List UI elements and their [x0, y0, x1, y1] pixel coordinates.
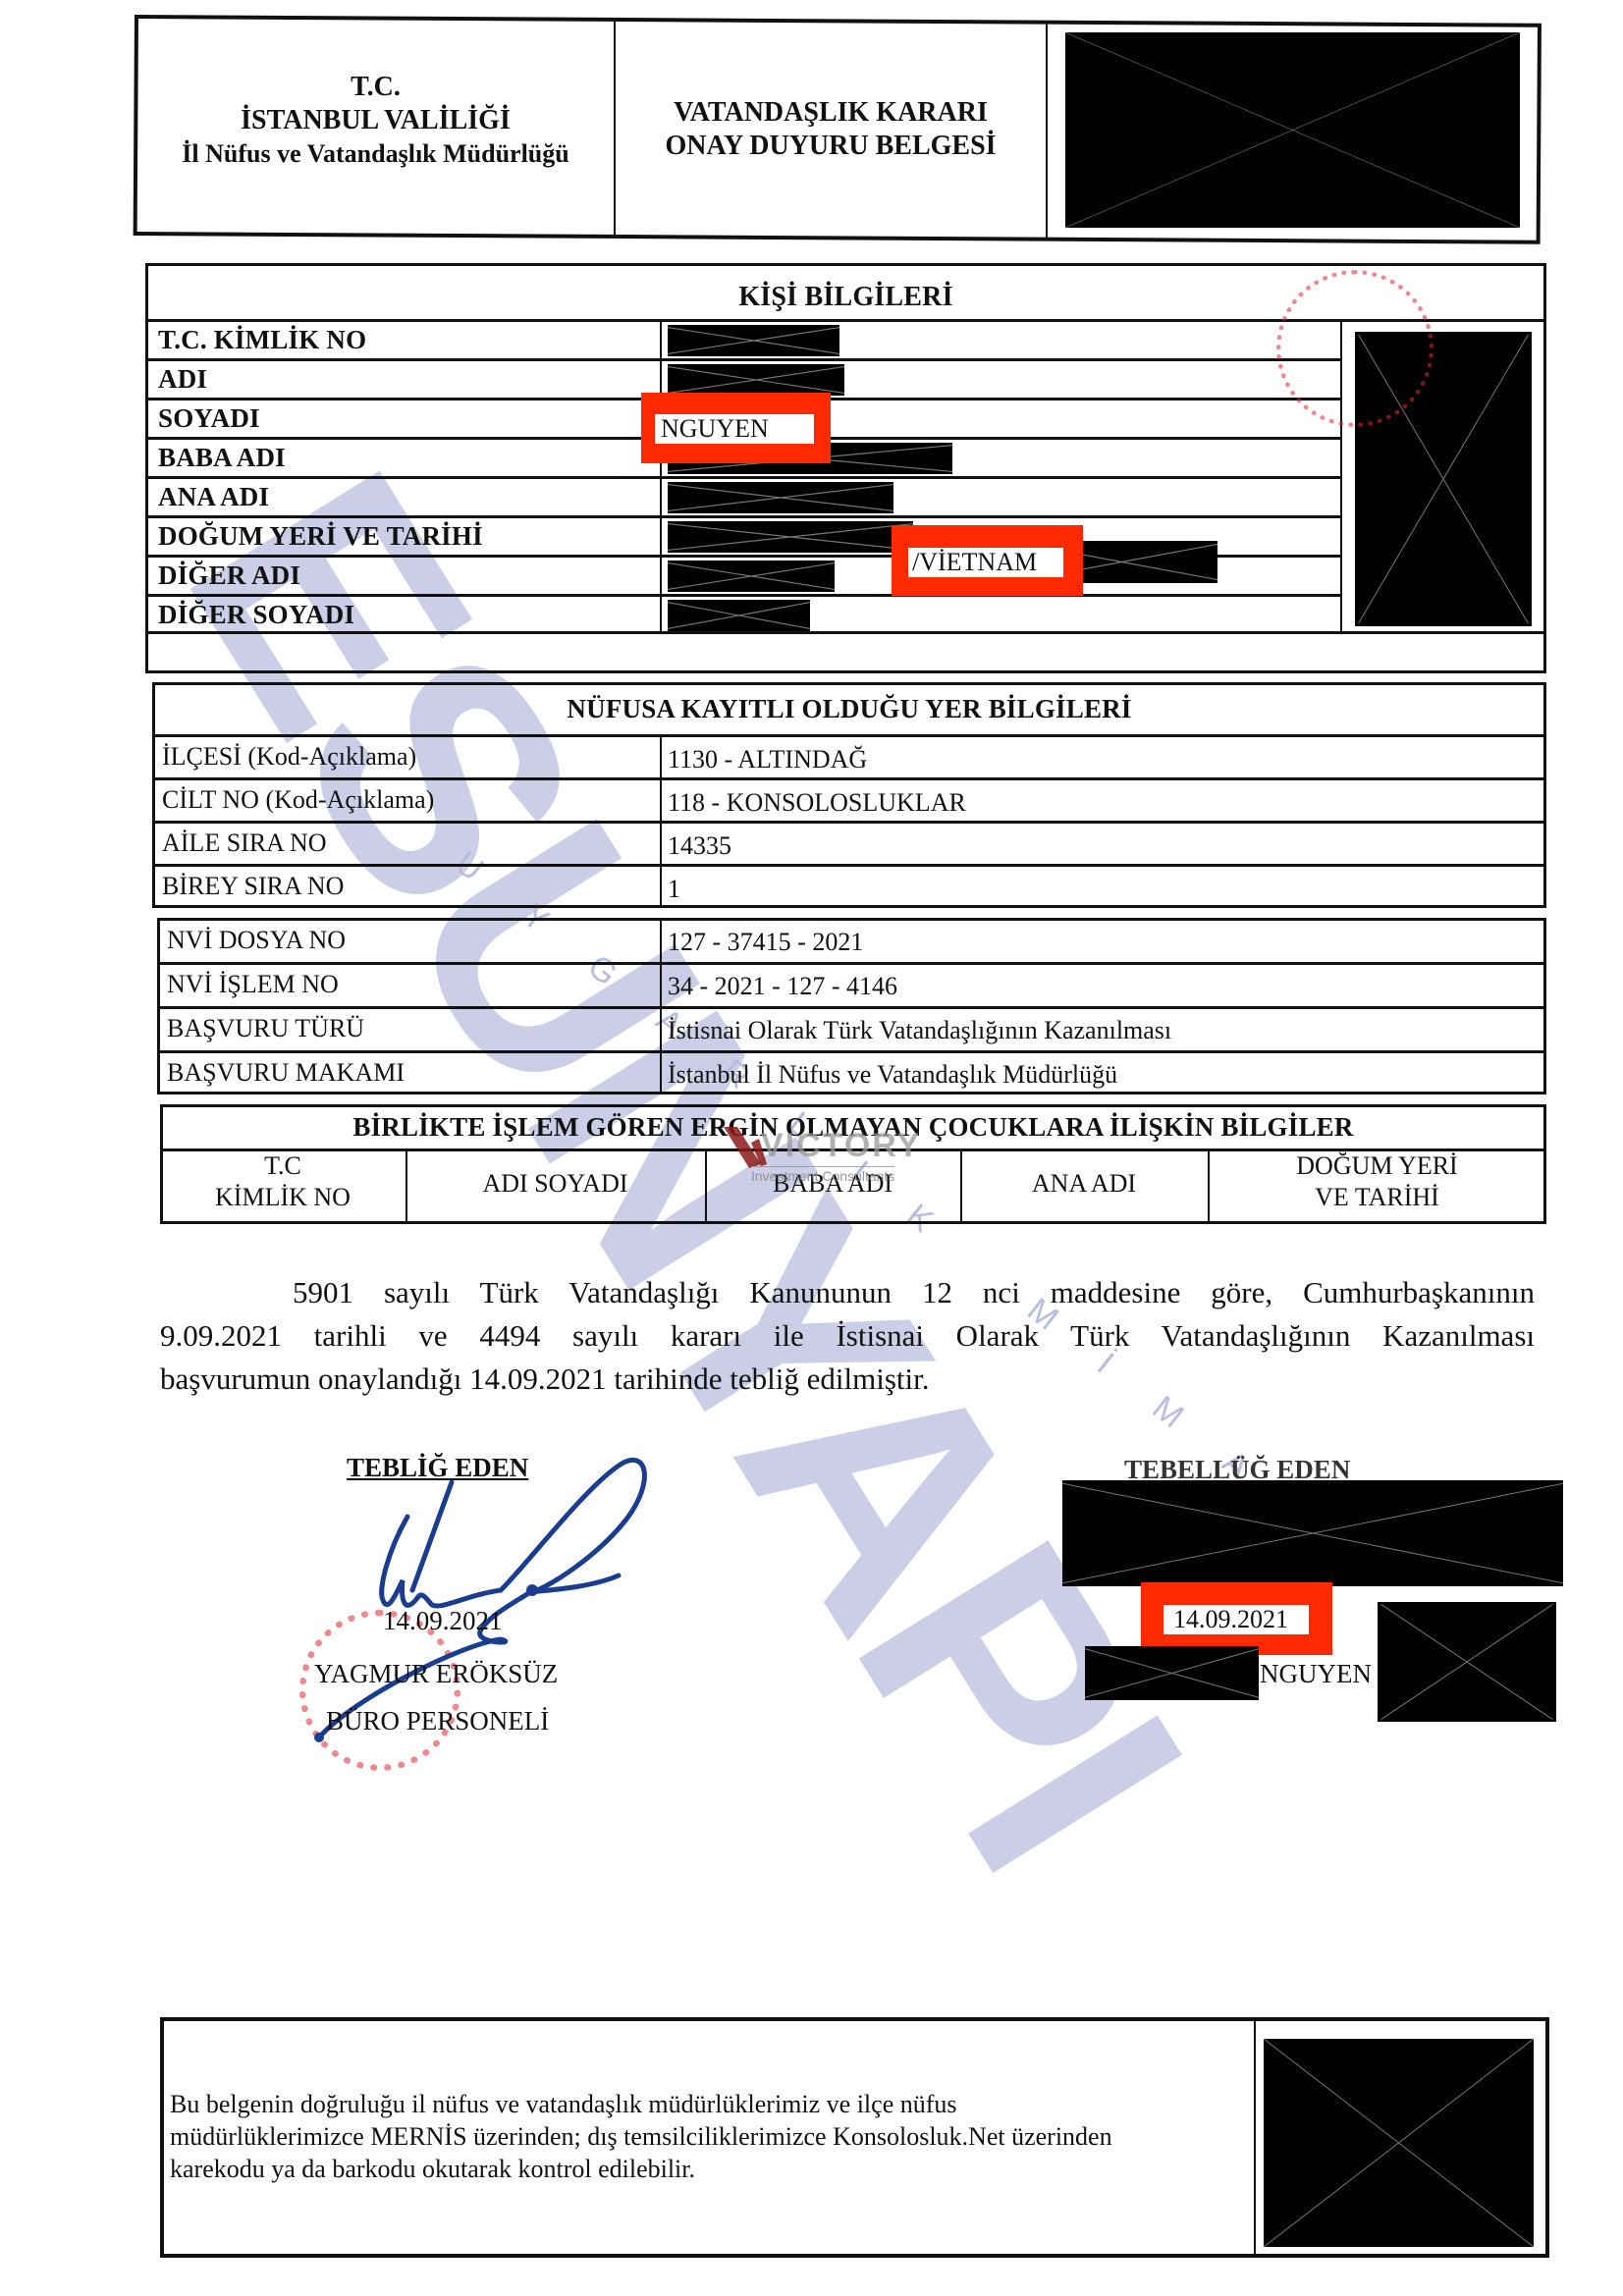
highlight-surname: NGUYEN: [641, 393, 831, 463]
redacted-value: [668, 482, 893, 513]
person-row-label: BABA ADI: [158, 443, 286, 473]
application-row-value: 34 - 2021 - 127 - 4146: [668, 972, 897, 1001]
children-column-header: T.CKİMLİK NO: [160, 1150, 406, 1213]
application-row-value: İstisnai Olarak Türk Vatandaşlığının Kaz…: [668, 1016, 1171, 1045]
person-row-label: SOYADI: [158, 403, 260, 434]
registry-row-value: 1130 - ALTINDAĞ: [668, 745, 867, 774]
children-column-header-line: KİMLİK NO: [160, 1182, 406, 1213]
header-divider-2: [1046, 22, 1048, 240]
children-column-header: DOĞUM YERİVE TARİHİ: [1208, 1150, 1546, 1213]
document-title-line-2: ONAY DUYURU BELGESİ: [619, 130, 1043, 163]
registry-row-label: BİREY SIRA NO: [162, 872, 344, 901]
person-row-line: [145, 476, 1340, 479]
person-row-line: [145, 319, 1340, 322]
redacted-barcode-header: [1065, 32, 1520, 228]
person-row-line: [145, 358, 1340, 361]
children-column-header-line: ADI SOYADI: [406, 1168, 705, 1200]
redacted-recipient-fingerprint: [1378, 1602, 1556, 1722]
person-bottom-line: [145, 631, 1546, 634]
registry-header-line: [152, 734, 1546, 737]
application-row-line: [157, 1006, 1546, 1009]
victory-logo-subtitle: Investment Consultants: [751, 1166, 894, 1184]
registry-row-label: AİLE SIRA NO: [162, 828, 327, 858]
application-row-label: BAŞVURU MAKAMI: [167, 1058, 405, 1088]
children-column-header: ANA ADI: [960, 1168, 1208, 1200]
registry-row-value: 118 - KONSOLOSLUKLAR: [668, 788, 966, 818]
application-row-label: NVİ İŞLEM NO: [167, 970, 339, 999]
issuer-governorship: İSTANBUL VALİLİĞİ: [142, 104, 609, 137]
registry-row-line: [152, 821, 1546, 824]
highlight-birth-place: /VİETNAM: [892, 525, 1083, 596]
registry-row-line: [152, 777, 1546, 780]
registry-row-label: CİLT NO (Kod-Açıklama): [162, 785, 434, 815]
statement-line-3: başvurumun onaylandığı 14.09.2021 tarihi…: [160, 1358, 1535, 1401]
registry-row-value: 1: [668, 875, 680, 904]
registry-row-value: 14335: [668, 831, 731, 861]
verification-note: Bu belgenin doğruluğu il nüfus ve vatand…: [170, 2088, 1250, 2185]
person-row-label: ADI: [158, 364, 207, 395]
victory-logo: VICTORY Investment Consultants: [722, 1119, 938, 1198]
person-row-line: [145, 515, 1340, 518]
person-row-label: DİĞER SOYADI: [158, 600, 354, 630]
redacted-value: [668, 561, 835, 592]
person-row-label: T.C. KİMLİK NO: [158, 325, 366, 355]
children-column-header-line: T.C: [160, 1150, 406, 1182]
issuer-tc: T.C.: [142, 71, 609, 104]
person-row-line: [145, 594, 1340, 597]
children-column-header-line: VE TARİHİ: [1208, 1182, 1546, 1213]
children-column-header-line: ANA ADI: [960, 1168, 1208, 1200]
application-row-line: [157, 1050, 1546, 1053]
header-divider-1: [614, 18, 616, 236]
application-row-value: 127 - 37415 - 2021: [668, 928, 863, 957]
document-title-line-1: VATANDAŞLIK KARARI: [619, 96, 1043, 130]
registry-row-label: İLÇESİ (Kod-Açıklama): [162, 742, 416, 772]
notifier-name: YAGMUR ERÖKSÜZ: [314, 1659, 558, 1689]
statement-line-2: 9.09.2021 tarihli ve 4494 sayılı kararı …: [160, 1314, 1535, 1358]
registry-section-title: NÜFUSA KAYITLI OLDUĞU YER BİLGİLERİ: [152, 694, 1546, 724]
redacted-value: [668, 521, 913, 553]
issuer-block: T.C. İSTANBUL VALİLİĞİ İl Nüfus ve Vatan…: [142, 71, 609, 171]
application-row-label: BAŞVURU TÜRÜ: [167, 1014, 364, 1043]
document-title: VATANDAŞLIK KARARI ONAY DUYURU BELGESİ: [619, 96, 1043, 163]
verification-note-line-1: Bu belgenin doğruluğu il nüfus ve vatand…: [170, 2088, 1250, 2120]
recipient-date: 14.09.2021: [1163, 1605, 1309, 1634]
redacted-value: [668, 325, 839, 356]
person-row-label: DOĞUM YERİ VE TARİHİ: [158, 521, 483, 552]
victory-logo-text: VICTORY: [761, 1127, 921, 1165]
redacted-value: [668, 600, 810, 631]
verification-note-line-2: müdürlüklerimizce MERNİS üzerinden; dış …: [170, 2120, 1250, 2153]
registry-row-line: [152, 864, 1546, 867]
notifier-title: BÜRO PERSONELİ: [326, 1706, 549, 1736]
footer-divider-main: [1254, 2020, 1256, 2256]
issuer-directorate: İl Nüfus ve Vatandaşlık Müdürlüğü: [142, 137, 609, 171]
recipient-surname: NGUYEN: [1260, 1659, 1372, 1689]
statement-paragraph: 5901 sayılı Türk Vatandaşlığı Kanununun …: [160, 1271, 1535, 1401]
surname-value: NGUYEN: [655, 414, 814, 444]
person-row-label: ANA ADI: [158, 482, 269, 512]
birth-place-value: /VİETNAM: [908, 548, 1063, 577]
notifier-date: 14.09.2021: [383, 1606, 503, 1636]
redacted-recipient-name: [1085, 1646, 1259, 1700]
redacted-recipient-signature: [1062, 1480, 1563, 1586]
statement-line-1: 5901 sayılı Türk Vatandaşlığı Kanununun …: [160, 1271, 1535, 1314]
verification-note-line-3: karekodu ya da barkodu okutarak kontrol …: [170, 2153, 1250, 2185]
redacted-qr-code: [1264, 2039, 1534, 2247]
redacted-value: [668, 364, 844, 396]
application-row-value: İstanbul İl Nüfus ve Vatandaşlık Müdürlü…: [668, 1060, 1117, 1090]
application-row-line: [157, 962, 1546, 965]
person-row-label: DİĞER ADI: [158, 561, 300, 591]
application-row-label: NVİ DOSYA NO: [167, 926, 346, 955]
children-column-header: ADI SOYADI: [406, 1168, 705, 1200]
highlight-recipient-date: 14.09.2021: [1141, 1582, 1332, 1655]
children-column-header-line: DOĞUM YERİ: [1208, 1150, 1546, 1182]
official-stamp-top: [1276, 270, 1434, 427]
